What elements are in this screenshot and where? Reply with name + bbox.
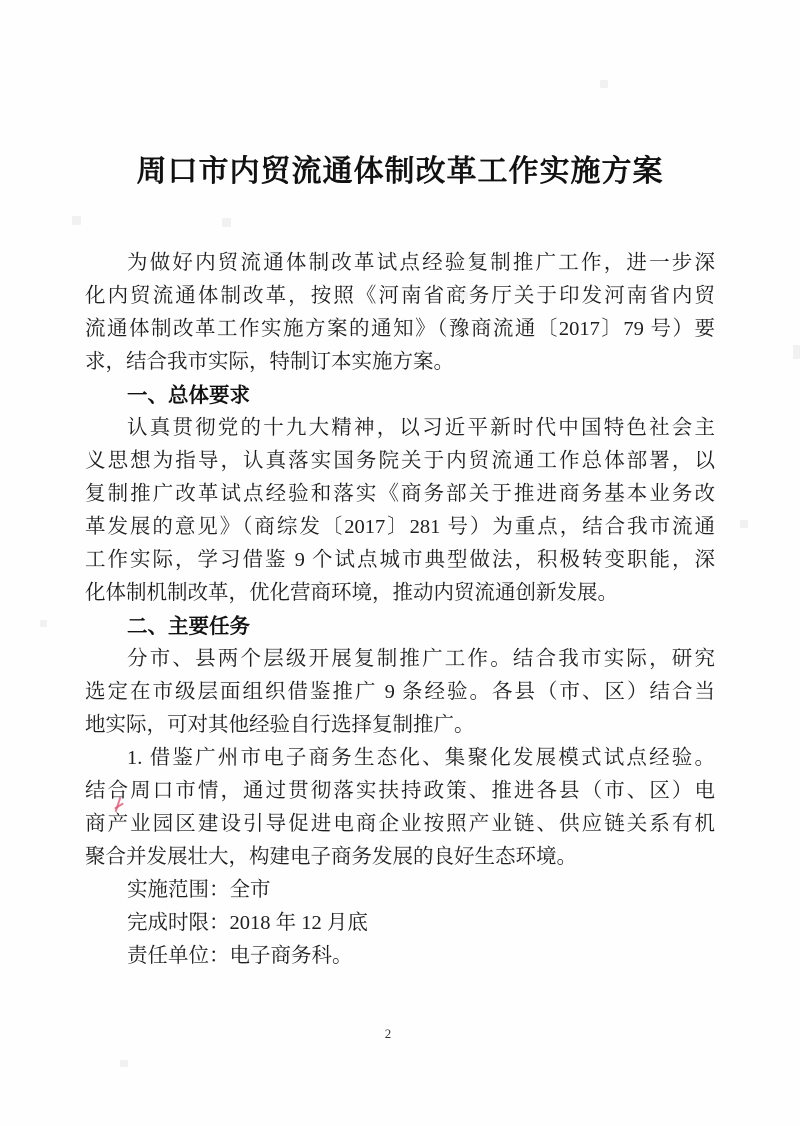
scan-speck: [460, 292, 468, 300]
text-line: 工作实际，学习借鉴 9 个试点城市典型做法，积极转变职能，深: [85, 544, 715, 577]
scan-speck: [222, 218, 231, 227]
text-line: 为做好内贸流通体制改革试点经验复制推广工作，进一步深: [85, 247, 715, 280]
scan-speck: [740, 520, 748, 528]
text-line: 认真贯彻党的十九大精神，以习近平新时代中国特色社会主: [85, 412, 715, 445]
text-line: 化内贸流通体制改革，按照《河南省商务厅关于印发河南省内贸: [85, 280, 715, 313]
text-line: 聚合并发展壮大，构建电子商务发展的良好生态环境。: [85, 841, 715, 874]
document-title: 周口市内贸流通体制改革工作实施方案: [60, 146, 740, 190]
scan-speck: [600, 80, 608, 88]
text-line: 1. 借鉴广州市电子商务生态化、集聚化发展模式试点经验。: [85, 742, 715, 775]
text-line: 流通体制改革工作实施方案的通知》（豫商流通〔2017〕79 号）要: [85, 313, 715, 346]
scan-speck: [72, 216, 81, 225]
scan-speck: [40, 620, 47, 627]
text-line: 商产业园区建设引导促进电商企业按照产业链、供应链关系有机: [85, 808, 715, 841]
text-line: 复制推广改革试点经验和落实《商务部关于推进商务基本业务改: [85, 478, 715, 511]
scan-speck: [120, 1060, 128, 1067]
text-line: 选定在市级层面组织借鉴推广 9 条经验。各县（市、区）结合当: [85, 676, 715, 709]
text-line: 完成时限：2018 年 12 月底: [85, 907, 715, 940]
text-line: 义思想为指导，认真落实国务院关于内贸流通工作总体部署，以: [85, 445, 715, 478]
scan-speck: [793, 345, 800, 359]
scanned-page: 周口市内贸流通体制改革工作实施方案 为做好内贸流通体制改革试点经验复制推广工作，…: [0, 0, 800, 1126]
text-line: 分市、县两个层级开展复制推广工作。结合我市实际，研究: [85, 643, 715, 676]
text-line: 求，结合我市实际，特制订本实施方案。: [85, 346, 715, 379]
text-line: 化体制机制改革，优化营商环境，推动内贸流通创新发展。: [85, 577, 715, 610]
page-number: 2: [378, 1026, 398, 1042]
red-pen-mark: [112, 797, 126, 815]
section-heading: 一、总体要求: [85, 379, 715, 412]
document-body: 为做好内贸流通体制改革试点经验复制推广工作，进一步深化内贸流通体制改革，按照《河…: [85, 247, 715, 973]
text-line: 结合周口市情，通过贯彻落实扶持政策、推进各县（市、区）电: [85, 775, 715, 808]
text-line: 地实际，可对其他经验自行选择复制推广。: [85, 709, 715, 742]
section-heading: 二、主要任务: [85, 610, 715, 643]
text-line: 革发展的意见》（商综发〔2017〕281 号）为重点，结合我市流通: [85, 511, 715, 544]
text-line: 责任单位：电子商务科。: [85, 940, 715, 973]
text-line: 实施范围：全市: [85, 874, 715, 907]
